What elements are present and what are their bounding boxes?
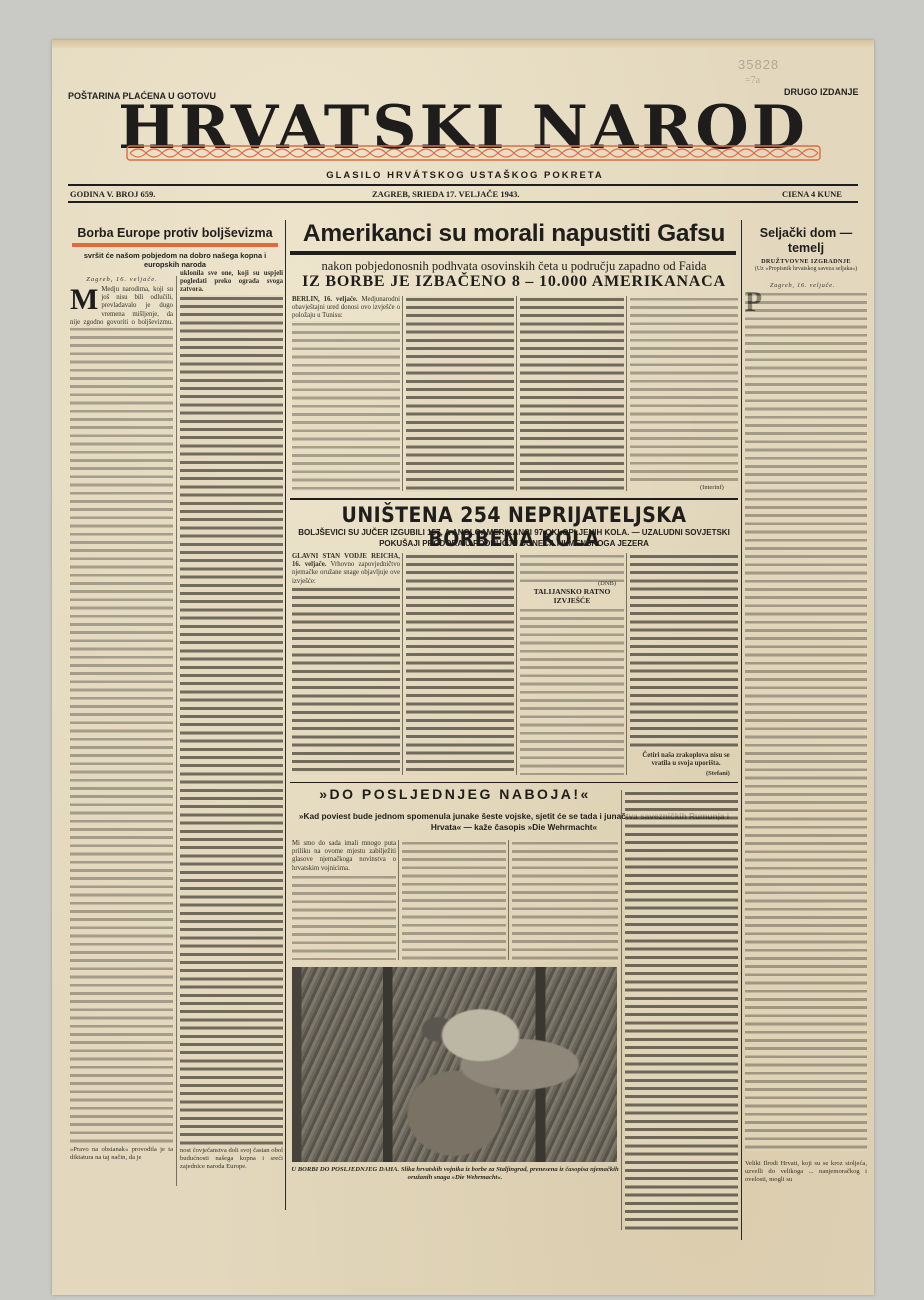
right-article-note: (Uz »Propisnik hrvatskog saveza seljaka«… [745,266,867,273]
stalingrad-col4 [625,790,738,1230]
body-text [630,553,738,749]
tanks-col1: GLAVNI STAN VODJE REICHA, 16. veljače. V… [292,553,400,775]
column-separator [402,296,403,491]
masthead-rule-bottom [68,201,858,203]
headline-underline [72,243,278,247]
tanks-subhead: BOLJŠEVICI SU JUČER IZGUBILI 157, A ANGL… [292,528,736,549]
stalingrad-col2 [402,840,506,962]
right-article-kicker: DRUŽTVOVNE IZGRADNJE [745,258,867,265]
body-text [402,840,506,962]
left-article-col2: uklonila sve one, koji su uspjeli pogled… [180,270,283,1170]
left-article-subhead: svršit će našom pobjedom na dobro našega… [72,251,278,269]
source-stefani: (Stefani) [706,770,730,777]
archive-mark: 35828 [738,57,779,72]
column-separator [285,220,286,1210]
italian-report-title: TALIJANSKO RATNO IZVJEŠĆE [520,587,624,605]
photo-caption: U BORBI DO POSLJEDNJEG DAHA. Slika hrvat… [290,1166,620,1182]
body-text [406,553,514,775]
body-text [292,874,396,960]
body-text [625,790,738,1230]
masthead-rule-top [68,184,858,186]
price: CIENA 4 KUNE [782,189,842,199]
source-interinf: (Interinf) [700,484,724,491]
body-text [292,321,400,491]
column-separator [741,220,742,1240]
column-separator [508,840,509,960]
main-article-col4 [630,296,738,482]
column-separator [626,553,627,775]
right-article-headline: Seljački dom — temelj [745,226,867,256]
body-text [630,296,738,482]
stalingrad-col3 [512,840,618,962]
source-dnb: (DNB) [598,580,616,587]
left-article-col1-ending: »Pravo na obsianak« provodila je ta dikt… [70,1146,173,1162]
issue-number: GODINA V. BROJ 659. [70,189,155,199]
tanks-col2 [406,553,514,775]
tanks-col4 [630,553,738,749]
main-headline: Amerikanci su morali napustiti Gafsu [290,219,738,249]
stalingrad-col1: Mi smo do sada imali mnogo puta priliku … [292,840,396,962]
main-dateline: BERLIN, 16. veljače. [292,296,358,303]
main-kicker: nakon pobjedonosnih podhvata osovinskih … [290,259,738,274]
body-text [70,326,173,1144]
body-text [520,296,624,492]
archive-mark-2: =7a [745,75,760,86]
stalingrad-lead: Mi smo do sada imali mnogo puta priliku … [292,840,396,874]
column-separator [516,553,517,775]
section-rule [290,782,738,783]
left-article-headline: Borba Europe protiv boljševizma [72,226,278,240]
column-separator [402,553,403,775]
body-text [512,840,618,962]
body-text [745,291,867,1151]
body-text [406,296,514,492]
soldier-photo [292,967,617,1162]
celtic-ornament-icon [126,144,821,162]
column-separator [621,790,622,1230]
main-article-col3 [520,296,624,492]
right-article-dateline: Zagreb, 16. veljače. [770,282,870,289]
column-separator [626,296,627,491]
section-rule [290,498,738,500]
left-article-dateline: Zagreb, 16. veljače. [72,276,172,283]
body-text [520,607,624,775]
main-article-col2 [406,296,514,492]
right-article-closing: Veliki Ilrodi Hrvati, koji su se kroz st… [745,1160,867,1184]
right-article-body: P [745,291,867,1151]
column-separator [176,276,177,1186]
main-article-col1: BERLIN, 16. veljače. Medjunarodni obavje… [292,296,400,492]
masthead-subtitle: GLASILO HRVÁTSKOG USTAŠKOG POKRETA [290,170,640,181]
body-text [292,586,400,775]
left-article-col1: MMedju narodima, koji su još nisu bili o… [70,286,173,1200]
main-subheadline: IZ BORBE JE IZBAČENO 8 – 10.000 AMERIKAN… [290,273,738,291]
dateline: ZAGREB, SRIEDA 17. VELJAČE 1943. [372,189,519,199]
left-article-col2-lead: uklonila sve one, koji su uspjeli pogled… [180,270,283,295]
column-separator [398,840,399,960]
headline-rule [290,251,736,255]
column-separator [516,296,517,491]
tanks-closing: Četiri naša zrakoplova nisu se vratila u… [634,752,738,768]
paper-edge [52,40,874,48]
stalingrad-headline: »DO POSLJEDNJEG NABOJA!« [290,786,620,802]
left-article-col2-ending: nost čovječanstva doli svoj častan obol … [180,1147,283,1170]
body-text [180,295,283,1145]
